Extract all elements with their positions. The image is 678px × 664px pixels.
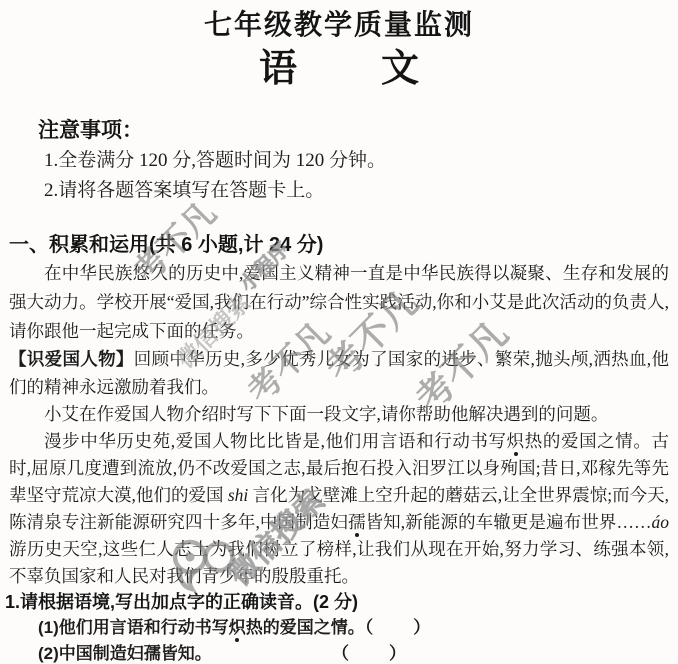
pinyin-blank: shi bbox=[228, 485, 248, 505]
passage-segment: 漫步中华历史苑,爱国人物比比皆是,他们用言语和行动书写 bbox=[44, 431, 507, 451]
dotted-char: 孺 bbox=[144, 644, 161, 663]
section-intro-paragraph: 在中华民族悠久的历史中,爱国主义精神一直是中华民族得以凝聚、生存和发展的强大动力… bbox=[9, 259, 669, 346]
notice-heading: 注意事项： bbox=[38, 116, 386, 146]
question-1-sub-2: (2)中国制造妇孺皆知。（ ） bbox=[38, 641, 669, 664]
sub-question-text: 皆知。 bbox=[161, 644, 212, 663]
dotted-char: 孺 bbox=[348, 512, 366, 532]
section-one-heading: 一、积累和运用(共 6 小题,计 24 分) bbox=[9, 231, 669, 259]
sub-question-text: (1)他们用言语和行动书写 bbox=[38, 618, 229, 637]
reading-passage: 漫步中华历史苑,爱国人物比比皆是,他们用言语和行动书写炽热的爱国之情。古时,屈原… bbox=[9, 428, 669, 590]
subject-title: 语 文 bbox=[0, 47, 678, 91]
notice-section: 注意事项： 1.全卷满分 120 分,答题时间为 120 分钟。 2.请将各题答… bbox=[38, 116, 386, 206]
exam-paper: 考不凡 微信搜索 小程序 考不凡 考不凡 考不凡 微信搜索 七年级教学质量监测 … bbox=[0, 0, 678, 664]
pinyin-blank: áo bbox=[652, 512, 670, 532]
answer-blank: （ ） bbox=[332, 641, 408, 664]
dotted-char: 炽 bbox=[507, 431, 525, 451]
passage-segment: 皆知,新能源的车辙更是遍布世界…… bbox=[366, 512, 652, 532]
answer-blank: （ ） bbox=[365, 618, 433, 637]
section-one: 一、积累和运用(共 6 小题,计 24 分) 在中华民族悠久的历史中,爱国主义精… bbox=[9, 231, 669, 664]
dotted-char: 炽 bbox=[229, 618, 246, 637]
task-line: 【识爱国人物】回顾中华历史,多少优秀儿女为了国家的进步、繁荣,抛头颅,洒热血,他… bbox=[9, 346, 669, 401]
notice-item: 1.全卷满分 120 分,答题时间为 120 分钟。 bbox=[44, 146, 386, 176]
task-label: 【识爱国人物】 bbox=[9, 349, 134, 369]
notice-item: 2.请将各题答案填写在答题卡上。 bbox=[44, 176, 386, 206]
sub-question-text: (2)中国制造妇 bbox=[38, 644, 144, 663]
sub-question-text: 热的爱国之情。 bbox=[246, 618, 365, 637]
question-1-sub-1: (1)他们用言语和行动书写炽热的爱国之情。（ ） bbox=[38, 615, 669, 641]
question-1-stem: 1.请根据语境,写出加点字的正确读音。(2 分) bbox=[5, 590, 669, 615]
helper-line: 小艾在作爱国人物介绍时写下下面一段文字,请你帮助他解决遇到的问题。 bbox=[9, 401, 669, 428]
exam-title: 七年级教学质量监测 bbox=[0, 6, 678, 44]
subject-char: 文 bbox=[381, 47, 419, 91]
header: 七年级教学质量监测 语 文 bbox=[0, 6, 678, 91]
subject-char: 语 bbox=[259, 47, 297, 91]
passage-segment: 游历史天空,这些仁人志士为我们树立了榜样,让我们从现在开始,努力学习、练强本领,… bbox=[9, 539, 669, 586]
